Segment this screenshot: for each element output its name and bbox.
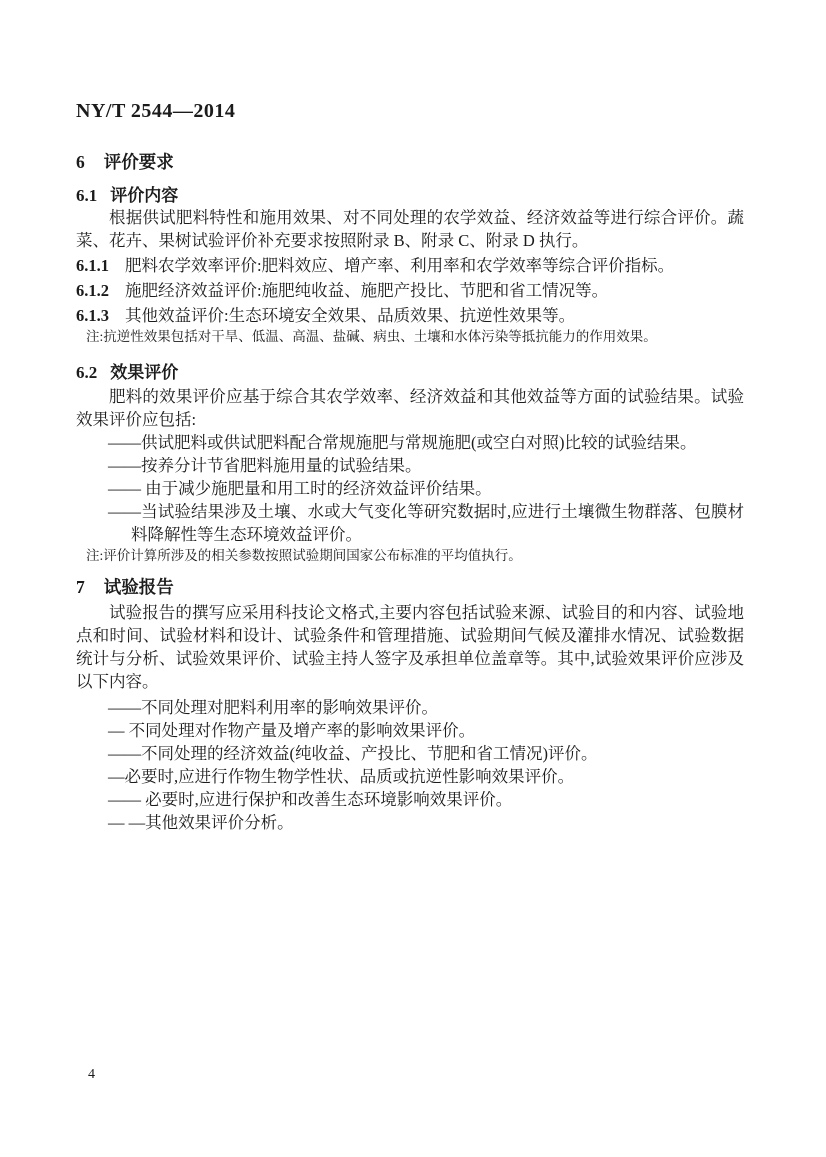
scanned-standard-page: NY/T 2544—2014 6评价要求 6.1评价内容 根据供试肥料特性和施用… — [0, 0, 826, 1157]
clause-text: 其他效益评价:生态环境安全效果、品质效果、抗逆性效果等。 — [125, 306, 575, 325]
section-number: 6.1 — [76, 186, 97, 205]
clause-number: 6.1.3 — [76, 306, 109, 325]
clause-6-1-1: 6.1.1肥料农学效率评价:肥料效应、增产率、利用率和农学效率等综合评价指标。 — [76, 254, 744, 277]
dash-item: ——当试验结果涉及土壤、水或大气变化等研究数据时,应进行土壤微生物群落、包膜材料… — [108, 500, 744, 546]
intro-paragraph-6-2: 肥料的效果评价应基于综合其农学效率、经济效益和其他效益等方面的试验结果。试验效果… — [76, 385, 744, 431]
section-number: 6.2 — [76, 363, 97, 382]
section-6-2-heading: 6.2效果评价 — [76, 363, 744, 383]
dash-item: ——供试肥料或供试肥料配合常规施肥与常规施肥(或空白对照)比较的试验结果。 — [108, 431, 744, 454]
page-content: NY/T 2544—2014 6评价要求 6.1评价内容 根据供试肥料特性和施用… — [76, 0, 744, 834]
dash-item: ——按养分计节省肥料施用量的试验结果。 — [108, 454, 744, 477]
clause-number: 6.1.1 — [76, 256, 109, 275]
section-title: 试验报告 — [104, 577, 174, 597]
dash-list-6-2: ——供试肥料或供试肥料配合常规施肥与常规施肥(或空白对照)比较的试验结果。 ——… — [76, 431, 744, 546]
dash-item: —必要时,应进行作物生物学性状、品质或抗逆性影响效果评价。 — [108, 765, 744, 788]
clause-6-1-2: 6.1.2施肥经济效益评价:施肥纯收益、施肥产投比、节肥和省工情况等。 — [76, 279, 744, 302]
page-number: 4 — [88, 1066, 95, 1084]
section-number: 6 — [76, 152, 85, 172]
dash-item: — 不同处理对作物产量及增产率的影响效果评价。 — [108, 719, 744, 742]
section-7-heading: 7试验报告 — [76, 577, 744, 597]
section-6-1-heading: 6.1评价内容 — [76, 186, 744, 206]
section-number: 7 — [76, 577, 85, 597]
dash-item: ——不同处理的经济效益(纯收益、产投比、节肥和省工情况)评价。 — [108, 742, 744, 765]
clause-6-1-3: 6.1.3其他效益评价:生态环境安全效果、品质效果、抗逆性效果等。 — [76, 304, 744, 327]
dash-item: ——不同处理对肥料利用率的影响效果评价。 — [108, 696, 744, 719]
dash-list-7: ——不同处理对肥料利用率的影响效果评价。 — 不同处理对作物产量及增产率的影响效… — [76, 696, 744, 834]
section-6-heading: 6评价要求 — [76, 152, 744, 172]
dash-item: — —其他效果评价分析。 — [108, 811, 744, 834]
clause-text: 施肥经济效益评价:施肥纯收益、施肥产投比、节肥和省工情况等。 — [125, 281, 608, 300]
note-6-2: 注:评价计算所涉及的相关参数按照试验期间国家公布标准的平均值执行。 — [86, 546, 744, 565]
section-title: 评价要求 — [104, 152, 174, 172]
clause-number: 6.1.2 — [76, 281, 109, 300]
section-title: 效果评价 — [110, 363, 178, 382]
intro-paragraph-7: 试验报告的撰写应采用科技论文格式,主要内容包括试验来源、试验目的和内容、试验地点… — [76, 601, 744, 693]
note-6-1: 注:抗逆性效果包括对干旱、低温、高温、盐碱、病虫、土壤和水体污染等抵抗能力的作用… — [86, 327, 744, 346]
section-title: 评价内容 — [110, 186, 178, 205]
standard-code: NY/T 2544—2014 — [76, 100, 744, 123]
intro-paragraph-6-1: 根据供试肥料特性和施用效果、对不同处理的农学效益、经济效益等进行综合评价。蔬菜、… — [76, 206, 744, 252]
dash-item: —— 必要时,应进行保护和改善生态环境影响效果评价。 — [108, 788, 744, 811]
clause-text: 肥料农学效率评价:肥料效应、增产率、利用率和农学效率等综合评价指标。 — [125, 256, 674, 275]
dash-item: —— 由于减少施肥量和用工时的经济效益评价结果。 — [108, 477, 744, 500]
